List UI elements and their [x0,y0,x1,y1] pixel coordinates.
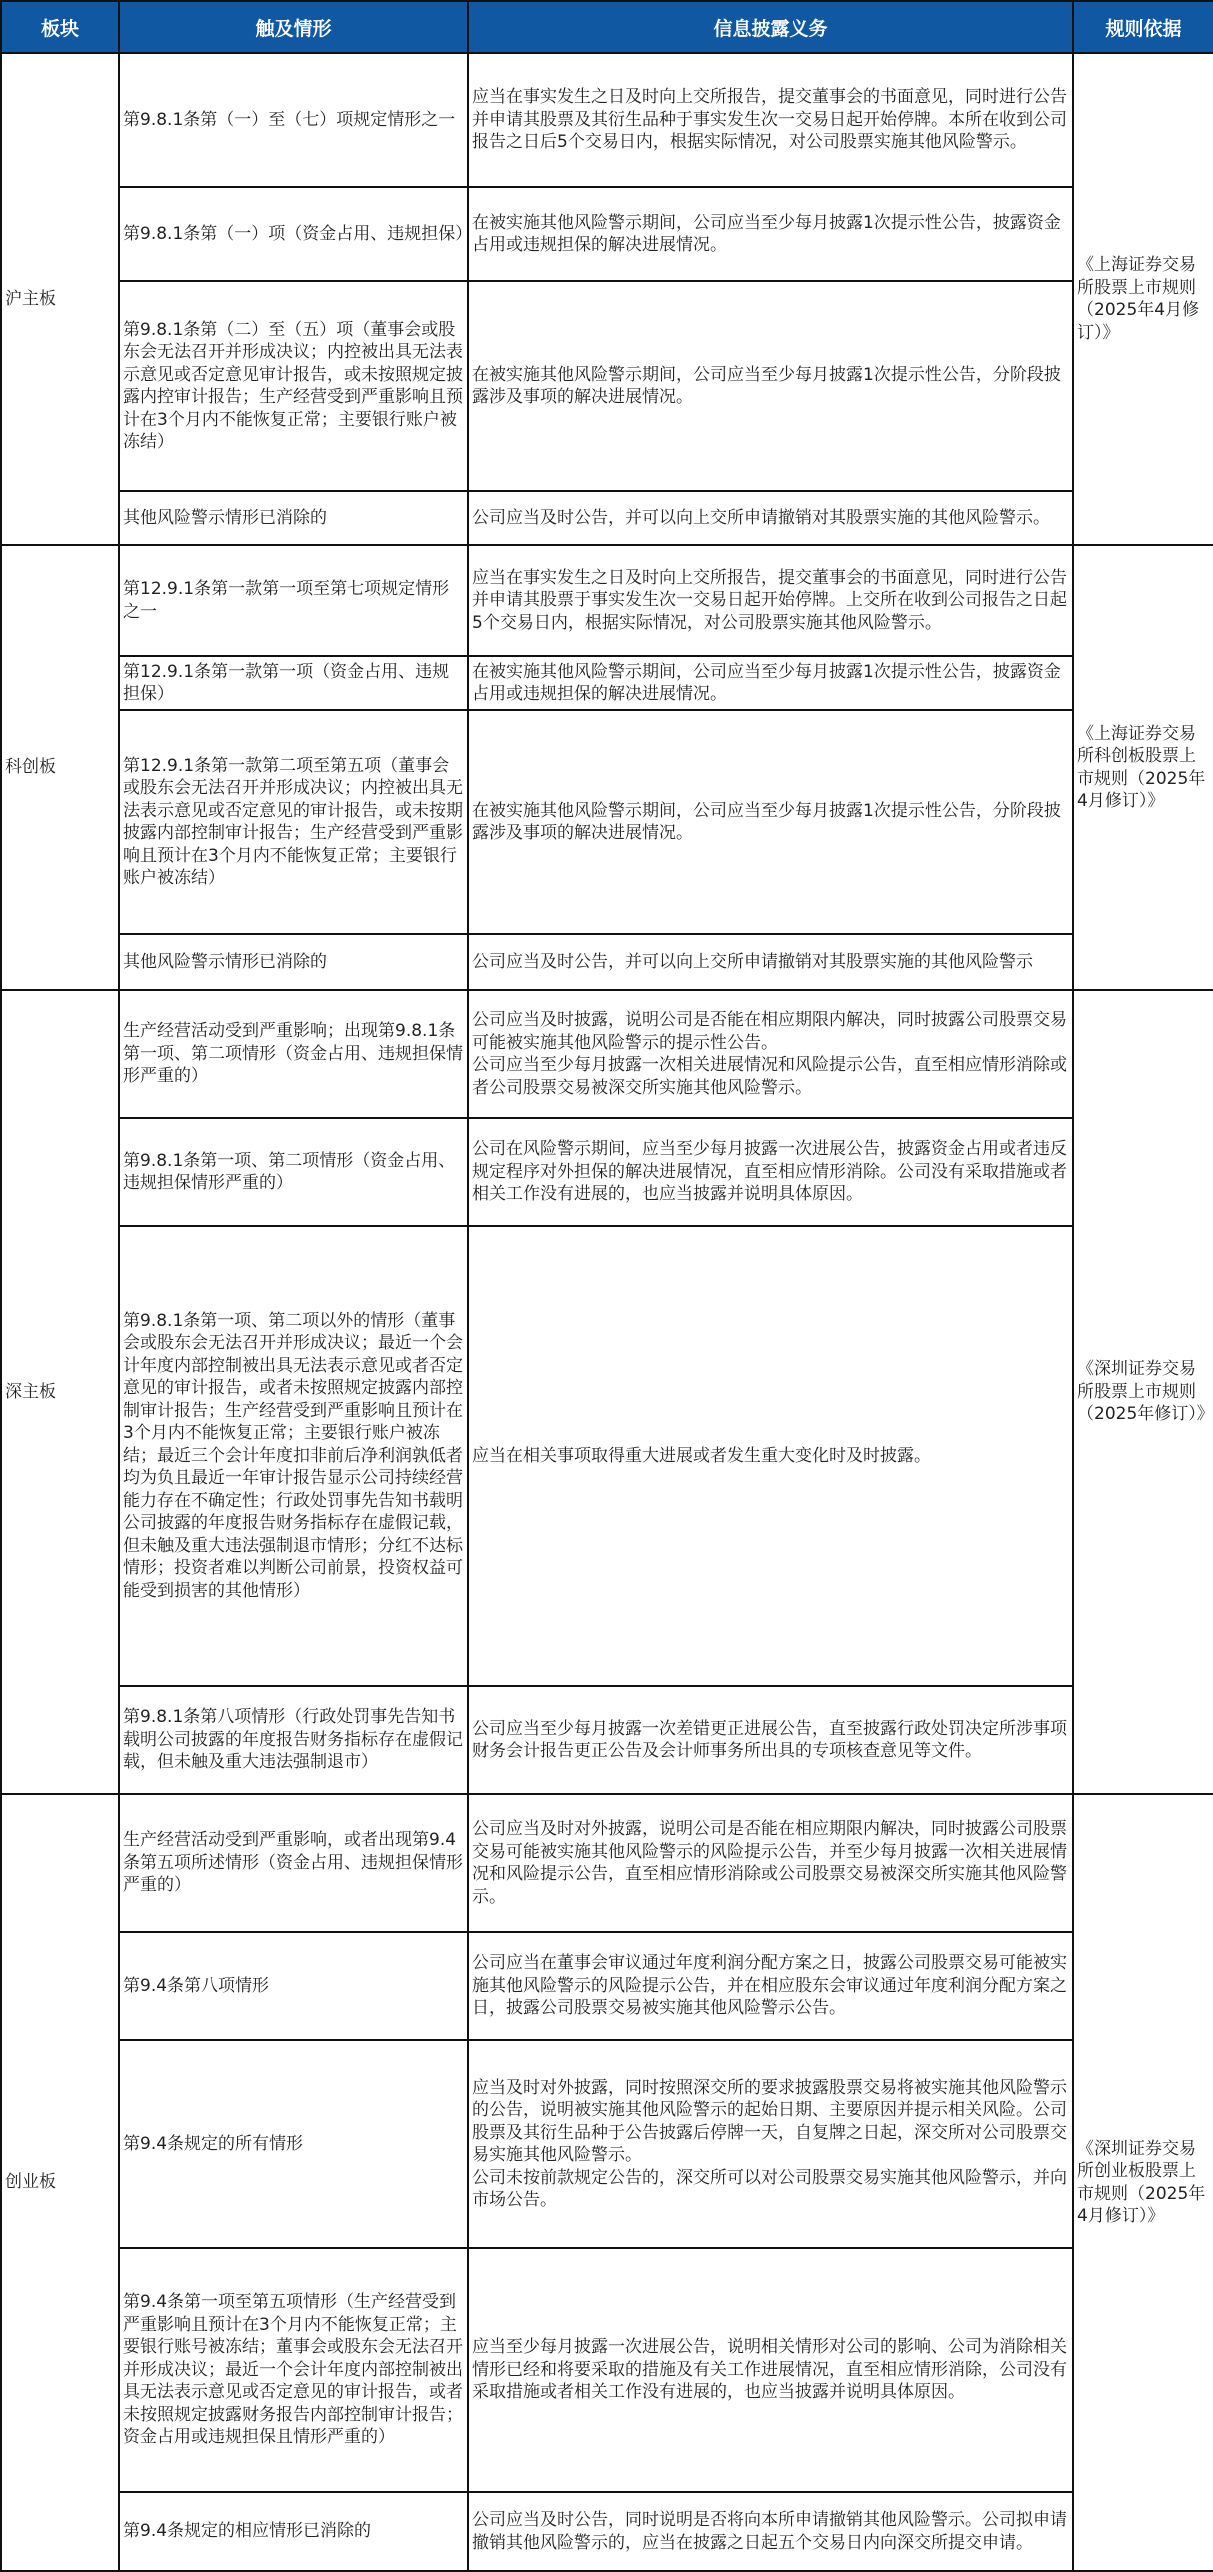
duty-cell: 公司应当及时公告，并可以向上交所申请撤销对其股票实施的其他风险警示 [468,934,1073,990]
duty-cell: 应当在相关事项取得重大进展或者发生重大变化时及时披露。 [468,1226,1073,1686]
table-row: 创业板 生产经营活动受到严重影响，或者出现第9.4条第五项所述情形（资金占用、违… [1,1794,1213,1932]
duty-cell: 公司应当及时披露，说明公司是否能在相应期限内解决，同时披露公司股票交易可能被实施… [468,990,1073,1118]
table-row: 第9.4条第一项至第五项情形（生产经营受到严重影响且预计在3个月内不能恢复正常；… [1,2248,1213,2492]
duty-cell: 公司应当及时对外披露，说明公司是否能在相应期限内解决，同时披露公司股票交易可能被… [468,1794,1073,1932]
situation-cell: 第9.8.1条第（一）至（七）项规定情形之一 [119,53,468,187]
table-row: 第9.8.1条第一项、第二项情形（资金占用、违规担保情形严重的） 公司在风险警示… [1,1118,1213,1226]
situation-cell: 生产经营活动受到严重影响；出现第9.8.1条第一项、第二项情形（资金占用、违规担… [119,990,468,1118]
header-disclosure-duty: 信息披露义务 [468,1,1073,53]
situation-cell: 第9.8.1条第（二）至（五）项（董事会或股东会无法召开并形成决议；内控被出具无… [119,281,468,491]
disclosure-rules-table: 板块 触及情形 信息披露义务 规则依据 沪主板 第9.8.1条第（一）至（七）项… [0,0,1213,2572]
duty-cell: 应当及时对外披露，同时按照深交所的要求披露股票交易将被实施其他风险警示的公告，说… [468,2040,1073,2248]
duty-cell: 公司在风险警示期间，应当至少每月披露一次进展公告，披露资金占用或者违反规定程序对… [468,1118,1073,1226]
situation-cell: 第9.4条规定的相应情形已消除的 [119,2492,468,2571]
situation-cell: 其他风险警示情形已消除的 [119,934,468,990]
situation-cell: 第9.8.1条第一项、第二项情形（资金占用、违规担保情形严重的） [119,1118,468,1226]
duty-cell: 公司应当至少每月披露一次差错更正进展公告，直至披露行政处罚决定所涉事项财务会计报… [468,1686,1073,1794]
duty-cell: 在被实施其他风险警示期间，公司应当至少每月披露1次提示性公告，披露资金占用或违规… [468,656,1073,710]
duty-cell: 在被实施其他风险警示期间，公司应当至少每月披露1次提示性公告，分阶段披露涉及事项… [468,281,1073,491]
situation-cell: 第12.9.1条第一款第二项至第五项（董事会或股东会无法召开并形成决议；内控被出… [119,710,468,934]
situation-cell: 生产经营活动受到严重影响，或者出现第9.4条第五项所述情形（资金占用、违规担保情… [119,1794,468,1932]
duty-cell: 应当在事实发生之日及时向上交所报告，提交董事会的书面意见，同时进行公告并申请其股… [468,53,1073,187]
table-row: 第12.9.1条第一款第二项至第五项（董事会或股东会无法召开并形成决议；内控被出… [1,710,1213,934]
situation-cell: 第9.8.1条第（一）项（资金占用、违规担保） [119,187,468,281]
table-row: 第9.4条规定的相应情形已消除的 公司应当及时公告，同时说明是否将向本所申请撤销… [1,2492,1213,2571]
duty-cell: 在被实施其他风险警示期间，公司应当至少每月披露1次提示性公告，披露资金占用或违规… [468,187,1073,281]
duty-cell: 公司应当及时公告，并可以向上交所申请撤销对其股票实施的其他风险警示。 [468,491,1073,545]
table-row: 第9.8.1条第一项、第二项以外的情形（董事会或股东会无法召开并形成决议；最近一… [1,1226,1213,1686]
situation-cell: 第12.9.1条第一款第一项至第七项规定情形之一 [119,545,468,656]
situation-cell: 第9.4条第八项情形 [119,1932,468,2040]
table-row: 第9.8.1条第八项情形（行政处罚事先告知书载明公司披露的年度报告财务指标存在虚… [1,1686,1213,1794]
board-cell-star-market: 科创板 [1,545,119,990]
duty-cell: 在被实施其他风险警示期间，公司应当至少每月披露1次提示性公告，分阶段披露涉及事项… [468,710,1073,934]
duty-cell: 公司应当在董事会审议通过年度利润分配方案之日，披露公司股票交易可能被实施其他风险… [468,1932,1073,2040]
situation-cell: 第9.8.1条第八项情形（行政处罚事先告知书载明公司披露的年度报告财务指标存在虚… [119,1686,468,1794]
duty-cell: 应当至少每月披露一次进展公告，说明相关情形对公司的影响、公司为消除相关情形已经和… [468,2248,1073,2492]
table-row: 深主板 生产经营活动受到严重影响；出现第9.8.1条第一项、第二项情形（资金占用… [1,990,1213,1118]
board-cell-sh-main: 沪主板 [1,53,119,545]
table-row: 第9.8.1条第（二）至（五）项（董事会或股东会无法召开并形成决议；内控被出具无… [1,281,1213,491]
situation-cell: 其他风险警示情形已消除的 [119,491,468,545]
situation-cell: 第12.9.1条第一款第一项（资金占用、违规担保） [119,656,468,710]
duty-cell: 应当在事实发生之日及时向上交所报告，提交董事会的书面意见，同时进行公告并申请其股… [468,545,1073,656]
basis-cell-star-market: 《上海证券交易所科创板股票上市规则（2025年4月修订）》 [1073,545,1213,990]
header-situation: 触及情形 [119,1,468,53]
table-row: 沪主板 第9.8.1条第（一）至（七）项规定情形之一 应当在事实发生之日及时向上… [1,53,1213,187]
board-cell-sz-main: 深主板 [1,990,119,1794]
situation-cell: 第9.4条规定的所有情形 [119,2040,468,2248]
header-board: 板块 [1,1,119,53]
header-row: 板块 触及情形 信息披露义务 规则依据 [1,1,1213,53]
table-row: 其他风险警示情形已消除的 公司应当及时公告，并可以向上交所申请撤销对其股票实施的… [1,491,1213,545]
situation-cell: 第9.8.1条第一项、第二项以外的情形（董事会或股东会无法召开并形成决议；最近一… [119,1226,468,1686]
basis-cell-sh-main: 《上海证券交易所股票上市规则（2025年4月修订）》 [1073,53,1213,545]
table-row: 第9.4条第八项情形 公司应当在董事会审议通过年度利润分配方案之日，披露公司股票… [1,1932,1213,2040]
basis-cell-sz-main: 《深圳证券交易所股票上市规则（2025年修订）》 [1073,990,1213,1794]
table-row: 第9.4条规定的所有情形 应当及时对外披露，同时按照深交所的要求披露股票交易将被… [1,2040,1213,2248]
table-row: 第12.9.1条第一款第一项（资金占用、违规担保） 在被实施其他风险警示期间，公… [1,656,1213,710]
basis-cell-chinext: 《深圳证券交易所创业板股票上市规则（2025年4月修订）》 [1073,1794,1213,2571]
table-row: 科创板 第12.9.1条第一款第一项至第七项规定情形之一 应当在事实发生之日及时… [1,545,1213,656]
duty-cell: 公司应当及时公告，同时说明是否将向本所申请撤销其他风险警示。公司拟申请撤销其他风… [468,2492,1073,2571]
table-row: 第9.8.1条第（一）项（资金占用、违规担保） 在被实施其他风险警示期间，公司应… [1,187,1213,281]
board-cell-chinext: 创业板 [1,1794,119,2571]
situation-cell: 第9.4条第一项至第五项情形（生产经营受到严重影响且预计在3个月内不能恢复正常；… [119,2248,468,2492]
header-rule-basis: 规则依据 [1073,1,1213,53]
table-row: 其他风险警示情形已消除的 公司应当及时公告，并可以向上交所申请撤销对其股票实施的… [1,934,1213,990]
